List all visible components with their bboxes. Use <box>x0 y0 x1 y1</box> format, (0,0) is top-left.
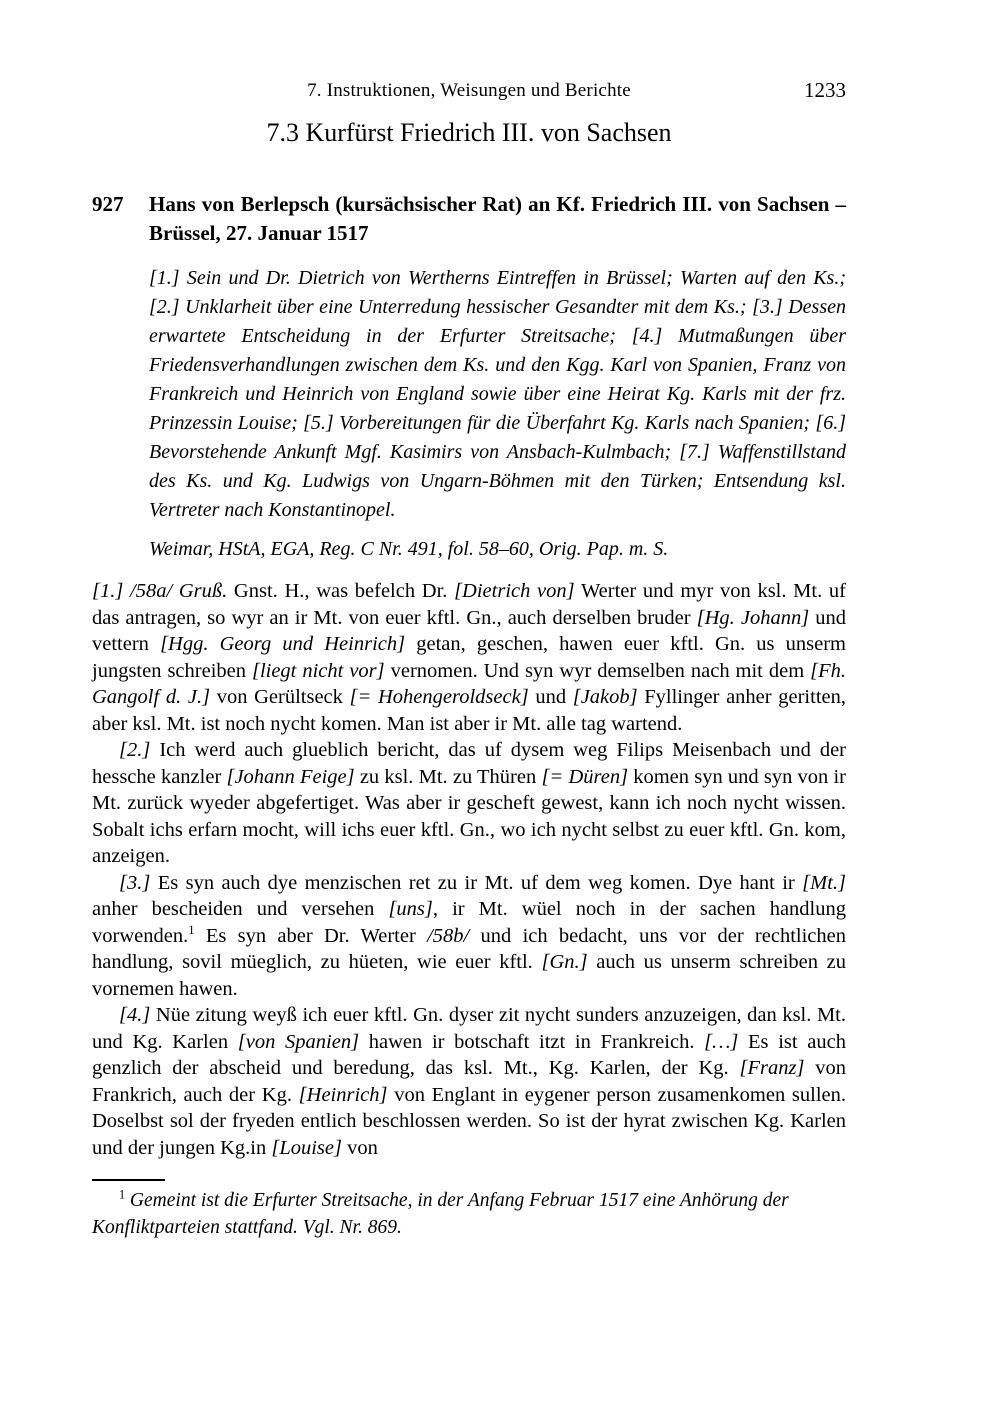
text-block: 7. Instruktionen, Weisungen und Berichte… <box>92 80 846 1241</box>
entry-summary: [1.] Sein und Dr. Dietrich von Wertherns… <box>149 264 846 525</box>
footnote-rule <box>92 1179 165 1181</box>
archival-source-line: Weimar, HStA, EGA, Reg. C Nr. 491, fol. … <box>149 535 846 564</box>
page-number: 1233 <box>804 78 846 103</box>
letter-paragraph: [2.] Ich werd auch glueblich bericht, da… <box>92 737 846 870</box>
running-head-row: 7. Instruktionen, Weisungen und Berichte… <box>92 80 846 106</box>
entry-heading: 927 Hans von Berlepsch (kursächsischer R… <box>92 190 846 248</box>
entry-title: Hans von Berlepsch (kursächsischer Rat) … <box>149 190 846 248</box>
footnote-text: 1 Gemeint ist die Erfurter Streitsache, … <box>92 1187 846 1241</box>
letter-paragraph: [3.] Es syn auch dye menzischen ret zu i… <box>92 870 846 1003</box>
book-page-scan: 7. Instruktionen, Weisungen und Berichte… <box>0 0 1004 1418</box>
letter-paragraph: [1.] /58a/ Gruß. Gnst. H., was befelch D… <box>92 578 846 737</box>
letter-paragraph: [4.] Nüe zitung weyß ich euer kftl. Gn. … <box>92 1002 846 1161</box>
entry-number: 927 <box>92 190 149 248</box>
section-heading: 7.3 Kurfürst Friedrich III. von Sachsen <box>92 118 846 148</box>
letter-body: [1.] /58a/ Gruß. Gnst. H., was befelch D… <box>92 578 846 1161</box>
footnote-block: 1 Gemeint ist die Erfurter Streitsache, … <box>92 1179 846 1241</box>
running-head: 7. Instruktionen, Weisungen und Berichte <box>92 80 846 102</box>
